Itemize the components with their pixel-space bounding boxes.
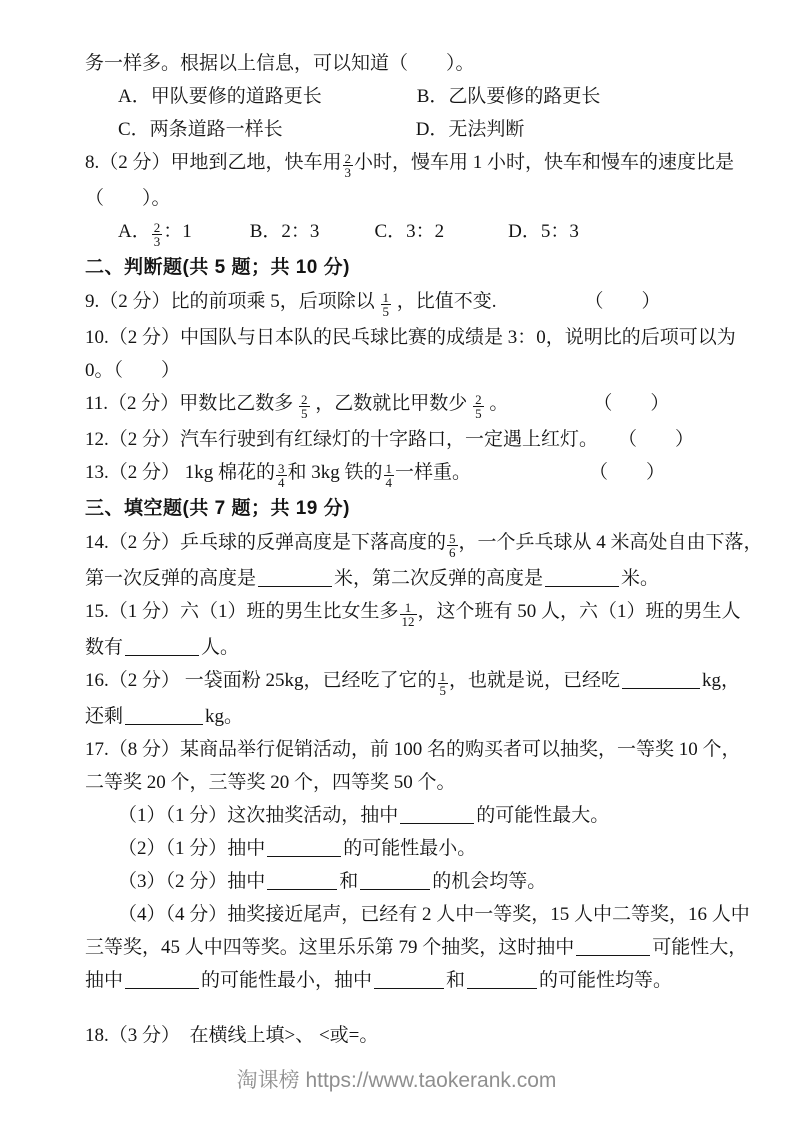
text-run: （1）（1 分）这次抽奖活动，抽中 — [118, 805, 398, 826]
blank-field — [545, 571, 619, 587]
text-run: ，也就是说，已经吃 — [449, 670, 620, 691]
fraction-numerator: 3 — [276, 462, 287, 475]
text-run: A． — [118, 221, 151, 242]
text-run: （ ）。 — [85, 188, 171, 209]
q17-sub-4-line-2: 三等奖，45 人中四等奖。这里乐乐第 79 个抽奖，这时抽中可能性大， — [85, 934, 741, 961]
text-run: C．3：2 — [374, 221, 444, 242]
text-run: 第一次反弹的高度是 — [85, 568, 256, 589]
q17-stem-line-2: 二等奖 20 个，三等奖 20 个，四等奖 50 个。 — [85, 769, 741, 796]
blank-field — [125, 973, 199, 989]
text-run: 二等奖 20 个，三等奖 20 个，四等奖 50 个。 — [85, 772, 456, 793]
text-run: 10.（2 分）中国队与日本队的民乓球比赛的成绩是 3：0，说明比的后项可以为 — [85, 327, 736, 348]
q17-sub-4-line-3: 抽中的可能性最小，抽中和的可能性均等。 — [85, 967, 741, 994]
q17-sub-4-line-1: （4）（4 分）抽奖接近尾声，已经有 2 人中一等奖，15 人中二等奖，16 人… — [85, 901, 741, 928]
text-run: 的可能性最小。 — [343, 838, 476, 859]
text-run: （ ） — [593, 393, 669, 414]
text-run: 12.（2 分）汽车行驶到有红绿灯的十字路口，一定遇上红灯。 — [85, 429, 598, 450]
blank-field — [576, 940, 650, 956]
section-judgment-heading: 二、判断题(共 5 题；共 10 分) — [85, 254, 741, 281]
text-run: 0。（ ） — [85, 360, 180, 381]
fraction: 23 — [152, 221, 163, 248]
text-run: 二、判断题(共 5 题；共 10 分) — [85, 257, 350, 278]
fraction: 15 — [381, 291, 392, 318]
q17-sub-2: （2）（1 分）抽中的可能性最小。 — [85, 835, 741, 862]
text-run: A．甲队要修的道路更长 — [118, 86, 322, 107]
fraction-denominator: 4 — [384, 475, 395, 489]
q12-stem: 12.（2 分）汽车行驶到有红绿灯的十字路口，一定遇上红灯。（ ） — [85, 426, 741, 453]
q8-stem-line-2: （ ）。 — [85, 185, 741, 212]
text-run: （ ） — [589, 462, 665, 483]
q10-stem-line-2: 0。（ ） — [85, 357, 741, 384]
spacer — [497, 306, 585, 307]
fraction-numerator: 1 — [400, 601, 417, 614]
q15-stem-line-2: 数有人。 — [85, 634, 741, 661]
blank-field — [374, 973, 444, 989]
fraction-denominator: 5 — [473, 406, 484, 420]
fraction: 25 — [299, 393, 310, 420]
fraction: 25 — [473, 393, 484, 420]
fraction-numerator: 1 — [438, 670, 449, 683]
q16-stem-line-2: 还剩kg。 — [85, 703, 741, 730]
text-run: 8.（2 分）甲地到乙地，快车用 — [85, 152, 342, 173]
text-run: （4）（4 分）抽奖接近尾声，已经有 2 人中一等奖，15 人中二等奖，16 人… — [118, 904, 750, 925]
blank-field — [125, 709, 203, 725]
spacer — [319, 236, 374, 237]
q8-option-row: A．23：1B．2：3C．3：2D．5：3 — [85, 218, 741, 248]
q7-option-row-cd: C．两条道路一样长D．无法判断 — [85, 116, 741, 143]
q17-sub-1: （1）（1 分）这次抽奖活动，抽中的可能性最大。 — [85, 802, 741, 829]
fraction-numerator: 1 — [381, 291, 392, 304]
blank-field — [360, 874, 430, 890]
text-run: B．乙队要修的路更长 — [417, 86, 601, 107]
text-run: 还剩 — [85, 706, 123, 727]
q18-stem: 18.（3 分） 在横线上填>、 <或=。 — [85, 1022, 741, 1049]
text-run: ，一个乒乓球从 4 米高处自由下落， — [459, 532, 763, 553]
fraction-denominator: 5 — [438, 683, 449, 697]
spacer — [283, 134, 416, 135]
fraction-denominator: 3 — [152, 234, 163, 248]
text-run: ：1 — [163, 221, 192, 242]
blank-field — [400, 808, 474, 824]
q13-stem: 13.（2 分） 1kg 棉花的34和 3kg 铁的14一样重。（ ） — [85, 459, 741, 489]
text-run: （3）（2 分）抽中 — [118, 871, 265, 892]
spacer — [598, 444, 618, 445]
text-run: 的可能性均等。 — [539, 970, 672, 991]
text-run: ，这个班有 50 人，六（1）班的男生人 — [418, 601, 741, 622]
text-run: C．两条道路一样长 — [118, 119, 283, 140]
blank-field — [267, 841, 341, 857]
text-run: 的机会均等。 — [432, 871, 546, 892]
fraction-numerator: 1 — [384, 462, 395, 475]
document-body: 务一样多。根据以上信息，可以知道（ ）。A．甲队要修的道路更长B．乙队要修的路更… — [85, 50, 741, 1055]
text-run: 米，第二次反弹的高度是 — [334, 568, 543, 589]
text-run: 17.（8 分）某商品举行促销活动，前 100 名的购买者可以抽奖，一等奖 10… — [85, 739, 741, 760]
fraction: 112 — [400, 601, 417, 628]
q17-sub-3: （3）（2 分）抽中和的机会均等。 — [85, 868, 741, 895]
spacer — [508, 408, 593, 409]
q7-stem-continued: 务一样多。根据以上信息，可以知道（ ）。 — [85, 50, 741, 77]
text-run: 米。 — [621, 568, 659, 589]
exam-page: 务一样多。根据以上信息，可以知道（ ）。A．甲队要修的道路更长B．乙队要修的路更… — [0, 0, 793, 1122]
text-run: ，乙数就比甲数少 — [311, 393, 473, 414]
text-run: 数有 — [85, 637, 123, 658]
spacer — [444, 236, 508, 237]
text-run: （2）（1 分）抽中 — [118, 838, 265, 859]
q11-stem: 11.（2 分）甲数比乙数多 25 ，乙数就比甲数少 25 。（ ） — [85, 390, 741, 420]
spacer — [192, 236, 250, 237]
text-run: 可能性大， — [652, 937, 747, 958]
q16-stem-line-1: 16.（2 分） 一袋面粉 25kg，已经吃了它的15，也就是说，已经吃kg， — [85, 667, 741, 697]
q10-stem-line-1: 10.（2 分）中国队与日本队的民乓球比赛的成绩是 3：0，说明比的后项可以为 — [85, 324, 741, 351]
text-run: 16.（2 分） 一袋面粉 25kg，已经吃了它的 — [85, 670, 437, 691]
text-run: 抽中 — [85, 970, 123, 991]
text-run: 。 — [485, 393, 509, 414]
text-run: 的可能性最小，抽中 — [201, 970, 372, 991]
fraction-numerator: 5 — [447, 532, 458, 545]
blank-field — [125, 640, 199, 656]
fraction: 15 — [438, 670, 449, 697]
q8-stem-line-1: 8.（2 分）甲地到乙地，快车用23小时，慢车用 1 小时，快车和慢车的速度比是 — [85, 149, 741, 179]
fraction-denominator: 5 — [299, 406, 310, 420]
q9-stem: 9.（2 分）比的前项乘 5，后项除以 15 ，比值不变.（ ） — [85, 288, 741, 318]
text-run: D．无法判断 — [416, 119, 525, 140]
fraction-numerator: 2 — [299, 393, 310, 406]
text-run: D．5：3 — [508, 221, 579, 242]
text-run: 一样重。 — [395, 462, 471, 483]
text-run: 18.（3 分） 在横线上填>、 <或=。 — [85, 1025, 378, 1046]
blank-field — [467, 973, 537, 989]
fraction-denominator: 3 — [343, 165, 354, 179]
fraction-numerator: 2 — [473, 393, 484, 406]
section-fill-heading: 三、填空题(共 7 题；共 19 分) — [85, 495, 741, 522]
text-run: 和 — [446, 970, 465, 991]
q15-stem-line-1: 15.（1 分）六（1）班的男生比女生多112，这个班有 50 人，六（1）班的… — [85, 598, 741, 628]
fraction: 56 — [447, 532, 458, 559]
blank-field — [258, 571, 332, 587]
watermark-footer: 淘课榜 https://www.taokerank.com — [0, 1064, 793, 1094]
text-run: 的可能性最大。 — [476, 805, 609, 826]
text-run: 人。 — [201, 637, 239, 658]
fraction-numerator: 2 — [343, 152, 354, 165]
fraction-denominator: 6 — [447, 545, 458, 559]
fraction: 34 — [276, 462, 287, 489]
text-run: （ ） — [618, 429, 694, 450]
text-run: 小时，慢车用 1 小时，快车和慢车的速度比是 — [354, 152, 734, 173]
q14-stem-line-1: 14.（2 分）乒乓球的反弹高度是下落高度的56，一个乒乓球从 4 米高处自由下… — [85, 529, 741, 559]
text-run: 13.（2 分） 1kg 棉花的 — [85, 462, 275, 483]
fraction-denominator: 5 — [381, 304, 392, 318]
q14-stem-line-2: 第一次反弹的高度是米，第二次反弹的高度是米。 — [85, 565, 741, 592]
fraction: 23 — [343, 152, 354, 179]
text-run: kg。 — [205, 706, 243, 727]
text-run: 11.（2 分）甲数比乙数多 — [85, 393, 298, 414]
text-run: 务一样多。根据以上信息，可以知道（ ）。 — [85, 53, 475, 74]
text-run: 14.（2 分）乒乓球的反弹高度是下落高度的 — [85, 532, 446, 553]
text-run: 三等奖，45 人中四等奖。这里乐乐第 79 个抽奖，这时抽中 — [85, 937, 574, 958]
text-run: kg， — [702, 670, 740, 691]
fraction-denominator: 12 — [400, 614, 417, 628]
text-run: （ ） — [585, 291, 661, 312]
text-run: 9.（2 分）比的前项乘 5，后项除以 — [85, 291, 380, 312]
fraction-denominator: 4 — [276, 475, 287, 489]
q7-option-row-ab: A．甲队要修的道路更长B．乙队要修的路更长 — [85, 83, 741, 110]
fraction: 14 — [384, 462, 395, 489]
text-run: 15.（1 分）六（1）班的男生比女生多 — [85, 601, 399, 622]
text-run: 三、填空题(共 7 题；共 19 分) — [85, 498, 350, 519]
q17-stem-line-1: 17.（8 分）某商品举行促销活动，前 100 名的购买者可以抽奖，一等奖 10… — [85, 736, 741, 763]
blank-field — [267, 874, 337, 890]
fraction-numerator: 2 — [152, 221, 163, 234]
text-run: 和 3kg 铁的 — [288, 462, 383, 483]
blank-field — [622, 673, 700, 689]
text-run: B．2：3 — [250, 221, 320, 242]
text-run: ，比值不变. — [392, 291, 497, 312]
spacer — [322, 101, 417, 102]
spacer — [471, 477, 589, 478]
text-run: 和 — [339, 871, 358, 892]
